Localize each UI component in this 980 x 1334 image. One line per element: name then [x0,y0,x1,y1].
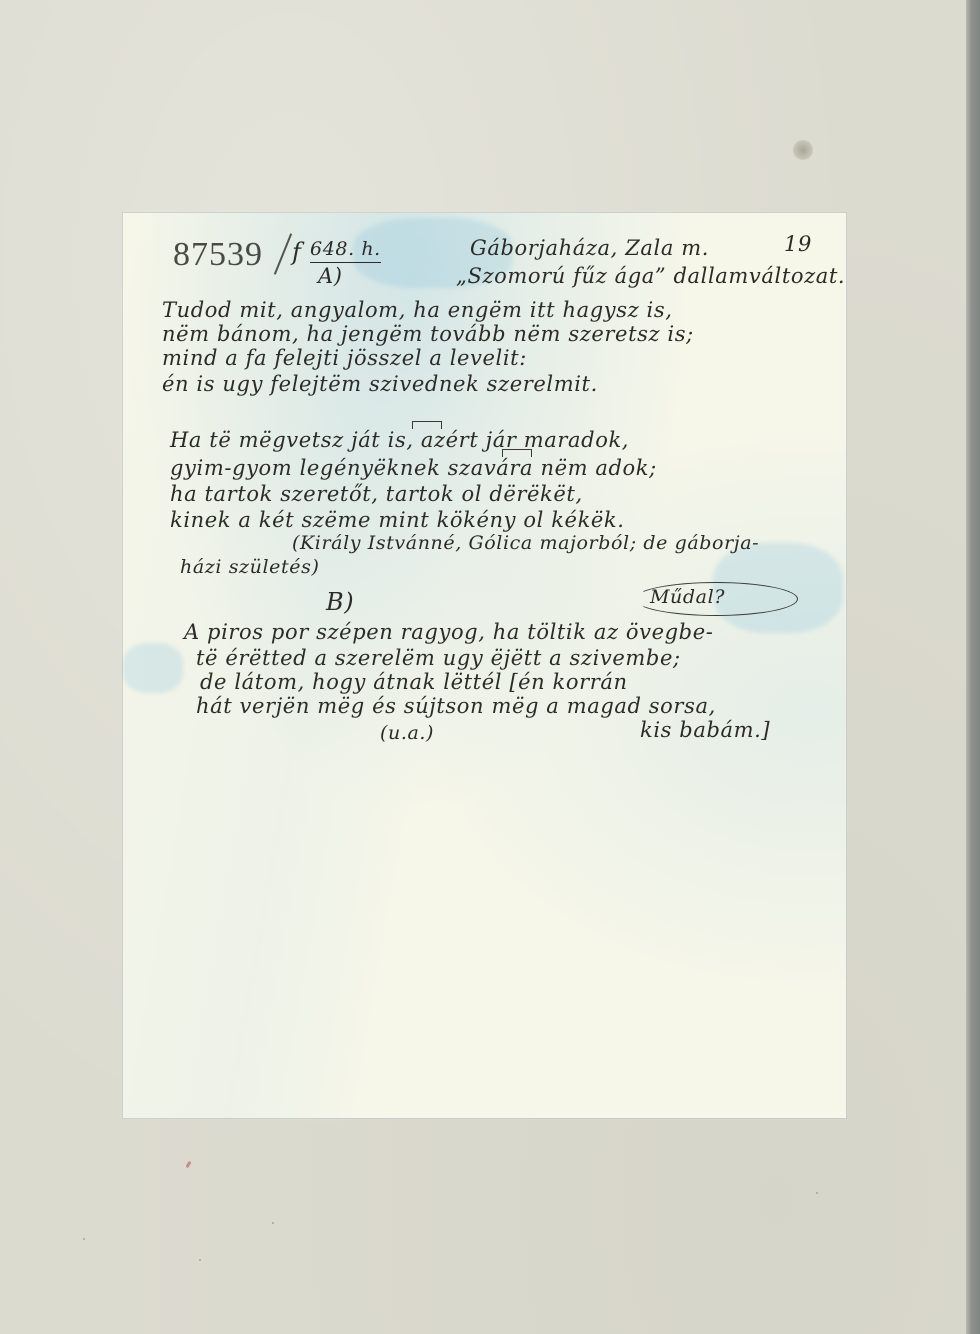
mount-board-edge [966,0,980,1334]
catalog-suffix: f [292,238,301,266]
stanza-2-line-1: Ha të mëgvetsz ját is, azért jár maradok… [170,428,629,452]
stanza-1-line-3: mind a fa felejti jösszel a levelit: [162,346,527,370]
section-b-label: B) [326,588,354,616]
speck [199,1259,201,1261]
stain-spot [793,140,813,160]
song-b-line-4: hát verjën mëg és sújtson mëg a magad so… [196,694,716,718]
speck [816,1192,818,1194]
stanza-1-line-4: én is ugy felejtëm szivednek szerelmit. [162,372,598,396]
source-note-a-line-2: házi születés) [180,556,319,578]
song-b-line-1: A piros por szépen ragyog, ha töltik az … [184,620,713,644]
speck [272,1222,274,1224]
shelf-mark: 648. h. [310,238,381,263]
stanza-2-line-4: kinek a két szëme mint kökény ol kékëk. [170,508,625,532]
stanza-1-line-2: nëm bánom, ha jengëm tovább nëm szeretsz… [162,322,694,346]
source-note-b: (u.a.) [380,722,434,744]
melody-note: „Szomorú fűz ága” dallamváltozat. [456,264,845,288]
stanza-2-line-3: ha tartok szeretőt, tartok ol dërëkët, [170,482,583,506]
source-note-a-line-1: (Király Istvánné, Gólica majorból; de gá… [292,532,759,554]
stanza-1-line-1: Tudod mit, angyalom, ha engëm itt hagysz… [162,298,673,322]
stanza-2-line-2: gyim-gyom legényëknek szavára nëm adok; [170,456,657,480]
section-a-label: A) [318,264,343,288]
catalog-number-stamp: 87539 [173,236,263,274]
song-b-line-2: të érëtted a szerelëm ugy ëjëtt a szivem… [196,646,681,670]
place-name: Gáborjaháza, Zala m. [470,236,709,260]
song-b-line-3: de látom, hogy átnak lëttél [én korrán [200,670,628,694]
year-fragment: 19 [784,232,812,256]
bracket-line-2: kis babám.] [640,718,770,742]
blue-smudge [123,643,183,693]
genre-note: Műdal? [650,586,725,608]
speck [83,1238,85,1240]
